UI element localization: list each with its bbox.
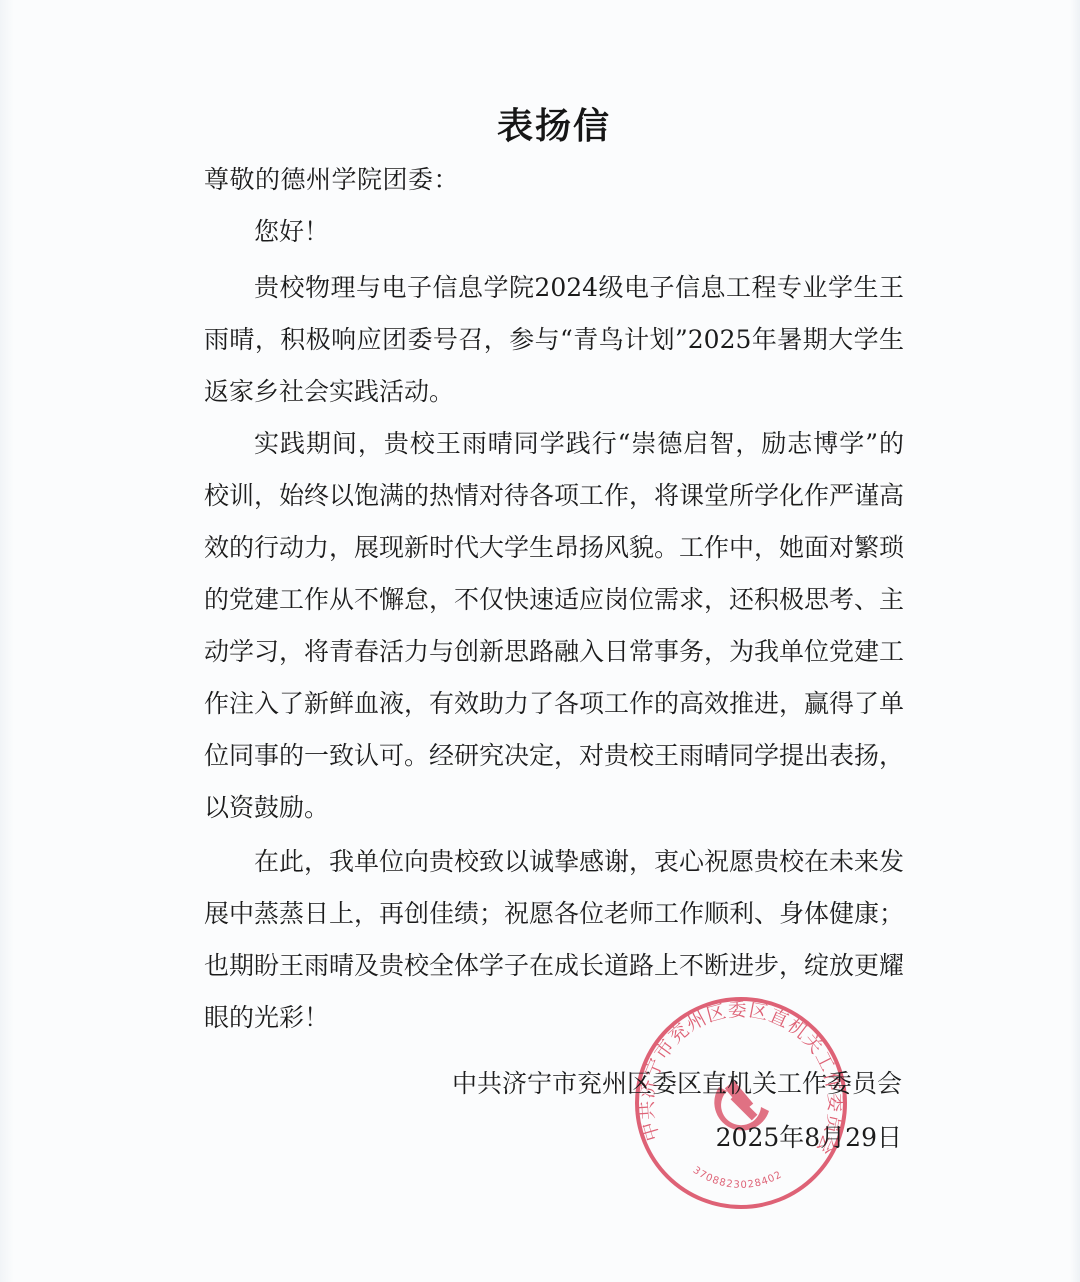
letter-body-paragraph-2: 实践期间，贵校王雨晴同学践行“崇德启智，励志博学”的校训，始终以饱满的热情对待各… bbox=[204, 418, 904, 834]
signature-date: 2025年8月29日 bbox=[452, 1111, 902, 1165]
salutation: 尊敬的德州学院团委： bbox=[204, 160, 459, 196]
letter-body-paragraph-1: 贵校物理与电子信息学院2024级电子信息工程专业学生王雨晴，积极响应团委号召，参… bbox=[204, 262, 904, 418]
signature-organization: 中共济宁市兖州区委区直机关工作委员会 bbox=[452, 1057, 902, 1111]
signature-block: 中共济宁市兖州区委区直机关工作委员会 2025年8月29日 bbox=[452, 1057, 902, 1165]
greeting: 您好！ bbox=[204, 206, 904, 258]
paragraph-2: 实践期间，贵校王雨晴同学践行“崇德启智，励志博学”的校训，始终以饱满的热情对待各… bbox=[204, 418, 904, 834]
page-edge-left bbox=[0, 0, 14, 1282]
letter-title: 表扬信 bbox=[0, 98, 1080, 149]
stamp-code-text: 3708823028402 bbox=[691, 1165, 785, 1191]
page-edge-right bbox=[1070, 0, 1080, 1282]
letter-body-greeting: 您好！ bbox=[204, 206, 904, 258]
paragraph-1: 贵校物理与电子信息学院2024级电子信息工程专业学生王雨晴，积极响应团委号召，参… bbox=[204, 262, 904, 418]
